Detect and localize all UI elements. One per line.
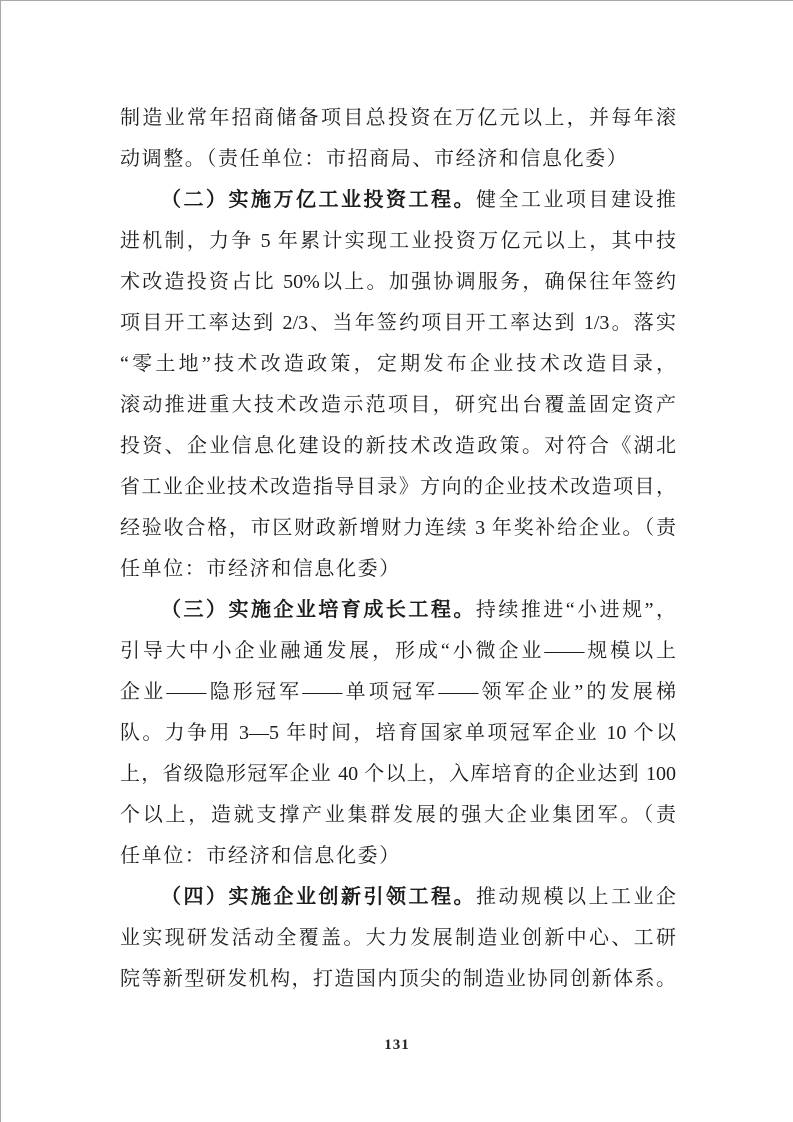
text-line: 上，省级隐形冠军企业 40 个以上，入库培育的企业达到 100 [120, 754, 676, 795]
text-line: 任单位：市经济和信息化委） [120, 549, 676, 590]
line-text: 健全工业项目建设推 [476, 189, 676, 211]
line-text: 队。力争用 3—5 年时间，培育国家单项冠军企业 10 个以 [120, 722, 676, 744]
text-line: 进机制，力争 5 年累计实现工业投资万亿元以上，其中技 [120, 221, 676, 262]
line-text: 推动规模以上工业企 [476, 886, 676, 908]
text-line: 个以上，造就支撑产业集群发展的强大企业集团军。（责 [120, 795, 676, 836]
text-line: 业实现研发活动全覆盖。大力发展制造业创新中心、工研 [120, 918, 676, 959]
text-line: 滚动推进重大技术改造示范项目，研究出台覆盖固定资产 [120, 385, 676, 426]
page-number: 131 [1, 1037, 793, 1054]
line-text: 院等新型研发机构，打造国内顶尖的制造业协同创新体系。 [120, 968, 676, 990]
line-text: 引导大中小企业融通发展，形成“小微企业——规模以上 [120, 640, 676, 662]
section-heading: （二）实施万亿工业投资工程。 [161, 189, 476, 211]
line-text: 制造业常年招商储备项目总投资在万亿元以上，并每年滚 [120, 107, 676, 129]
line-text: 企业——隐形冠军——单项冠军——领军企业”的发展梯 [120, 681, 676, 703]
line-text: 动调整。（责任单位：市招商局、市经济和信息化委） [120, 148, 628, 170]
line-text: 省工业企业技术改造指导目录》方向的企业技术改造项目， [120, 476, 676, 498]
line-text: 项目开工率达到 2/3、当年签约项目开工率达到 1/3。落实 [120, 312, 676, 334]
text-line: 引导大中小企业融通发展，形成“小微企业——规模以上 [120, 631, 676, 672]
text-line: 企业——隐形冠军——单项冠军——领军企业”的发展梯 [120, 672, 676, 713]
text-line: 队。力争用 3—5 年时间，培育国家单项冠军企业 10 个以 [120, 713, 676, 754]
line-text: 经验收合格，市区财政新增财力连续 3 年奖补给企业。（责 [120, 517, 676, 539]
text-line: 制造业常年招商储备项目总投资在万亿元以上，并每年滚 [120, 98, 676, 139]
line-text: 上，省级隐形冠军企业 40 个以上，入库培育的企业达到 100 [120, 763, 676, 785]
text-line: 投资、企业信息化建设的新技术改造政策。对符合《湖北 [120, 426, 676, 467]
line-text: 任单位：市经济和信息化委） [120, 558, 401, 580]
line-text: 投资、企业信息化建设的新技术改造政策。对符合《湖北 [120, 435, 676, 457]
text-line: “零土地”技术改造政策，定期发布企业技术改造目录， [120, 344, 676, 385]
text-block: 制造业常年招商储备项目总投资在万亿元以上，并每年滚动调整。（责任单位：市招商局、… [120, 98, 676, 1000]
line-text: 业实现研发活动全覆盖。大力发展制造业创新中心、工研 [120, 927, 676, 949]
text-line: 省工业企业技术改造指导目录》方向的企业技术改造项目， [120, 467, 676, 508]
line-text: 术改造投资占比 50%以上。加强协调服务，确保往年签约 [120, 271, 676, 293]
text-line: 术改造投资占比 50%以上。加强协调服务，确保往年签约 [120, 262, 676, 303]
section-heading: （三）实施企业培育成长工程。 [161, 599, 476, 621]
text-line: 动调整。（责任单位：市招商局、市经济和信息化委） [120, 139, 676, 180]
text-line: 项目开工率达到 2/3、当年签约项目开工率达到 1/3。落实 [120, 303, 676, 344]
line-text: 持续推进“小进规”， [476, 599, 676, 621]
text-line: （二）实施万亿工业投资工程。健全工业项目建设推 [120, 180, 676, 221]
line-text: “零土地”技术改造政策，定期发布企业技术改造目录， [120, 353, 676, 375]
line-text: 任单位：市经济和信息化委） [120, 845, 401, 867]
line-text: 个以上，造就支撑产业集群发展的强大企业集团军。（责 [120, 804, 676, 826]
text-line: （四）实施企业创新引领工程。推动规模以上工业企 [120, 877, 676, 918]
section-heading: （四）实施企业创新引领工程。 [161, 886, 476, 908]
text-line: 院等新型研发机构，打造国内顶尖的制造业协同创新体系。 [120, 959, 676, 1000]
document-page: 制造业常年招商储备项目总投资在万亿元以上，并每年滚动调整。（责任单位：市招商局、… [0, 0, 793, 1122]
text-line: （三）实施企业培育成长工程。持续推进“小进规”， [120, 590, 676, 631]
line-text: 进机制，力争 5 年累计实现工业投资万亿元以上，其中技 [120, 230, 676, 252]
text-line: 经验收合格，市区财政新增财力连续 3 年奖补给企业。（责 [120, 508, 676, 549]
line-text: 滚动推进重大技术改造示范项目，研究出台覆盖固定资产 [120, 394, 676, 416]
text-line: 任单位：市经济和信息化委） [120, 836, 676, 877]
